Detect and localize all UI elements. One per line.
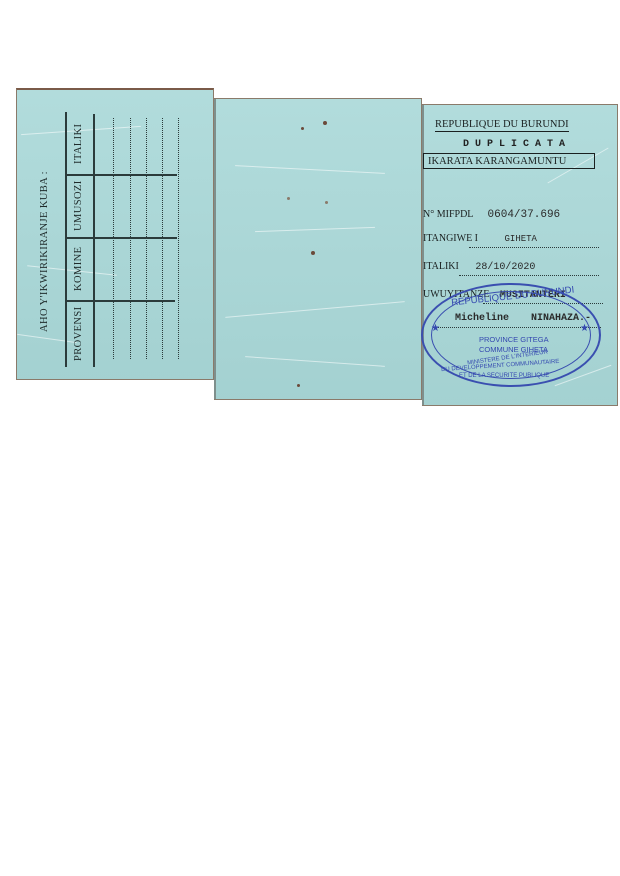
official-stamp: REPUBLIQUE DU BURUNDI ★ ★ PROVINCE GITEG…: [421, 283, 601, 387]
crease: [225, 301, 404, 318]
duplicate-label: DUPLICATA: [463, 139, 571, 150]
dotted-line: [130, 118, 131, 359]
number-value: 0604/37.696: [488, 209, 561, 221]
table-border: [93, 114, 95, 367]
table-divider: [65, 237, 177, 239]
stain: [297, 384, 300, 387]
left-panel: AHO Y'IKWIRIKIRANJE KUBA : ITALIKI UMUSO…: [16, 88, 214, 380]
residence-table: ITALIKI UMUSOZI KOMINE PROVENSI: [57, 112, 197, 367]
stamp-ministry-3: ET DE LA SECURITE PUBLIQUE: [459, 373, 549, 379]
residence-heading: AHO Y'IKWIRIKIRANJE KUBA :: [39, 142, 50, 362]
date-field: ITALIKI 28/10/2020: [423, 261, 535, 273]
fold-line: [214, 99, 216, 399]
stain: [311, 251, 315, 255]
dotted-line: [162, 118, 163, 359]
stain: [325, 201, 328, 204]
date-label: ITALIKI: [423, 261, 459, 272]
number-field: N° MIFPDL 0604/37.696: [423, 209, 560, 221]
issued-at-value: GIHETA: [505, 234, 537, 244]
table-border: [65, 112, 67, 367]
crease: [245, 356, 385, 367]
issued-at-label: ITANGIWE I: [423, 233, 478, 244]
dotted-line: [113, 118, 114, 359]
column-provensi: PROVENSI: [73, 304, 84, 364]
stain: [323, 121, 327, 125]
crease: [255, 227, 375, 232]
dotted-line: [178, 118, 179, 359]
number-label: N° MIFPDL: [423, 209, 473, 220]
star-icon: ★: [580, 323, 589, 334]
crease: [235, 165, 385, 174]
card-title-box: IKARATA KARANGAMUNTU: [423, 153, 595, 169]
column-italiki: ITALIKI: [73, 118, 84, 170]
dotted-line: [469, 247, 599, 248]
table-divider: [65, 174, 177, 176]
dotted-line: [146, 118, 147, 359]
star-icon: ★: [431, 323, 440, 334]
country-heading: REPUBLIQUE DU BURUNDI: [435, 119, 569, 132]
stain: [301, 127, 304, 130]
right-panel: REPUBLIQUE DU BURUNDI DUPLICATA IKARATA …: [422, 104, 618, 406]
stamp-province: PROVINCE GITEGA: [479, 335, 549, 344]
issued-at-field: ITANGIWE I GIHETA: [423, 233, 537, 244]
column-komine: KOMINE: [73, 241, 84, 297]
date-value: 28/10/2020: [475, 262, 535, 273]
dotted-line: [459, 275, 599, 276]
fold-line: [422, 105, 424, 405]
middle-panel: [214, 98, 422, 400]
stain: [287, 197, 290, 200]
table-divider: [65, 300, 175, 302]
id-card: AHO Y'IKWIRIKIRANJE KUBA : ITALIKI UMUSO…: [16, 88, 618, 406]
column-umusozi: UMUSOZI: [73, 178, 84, 234]
